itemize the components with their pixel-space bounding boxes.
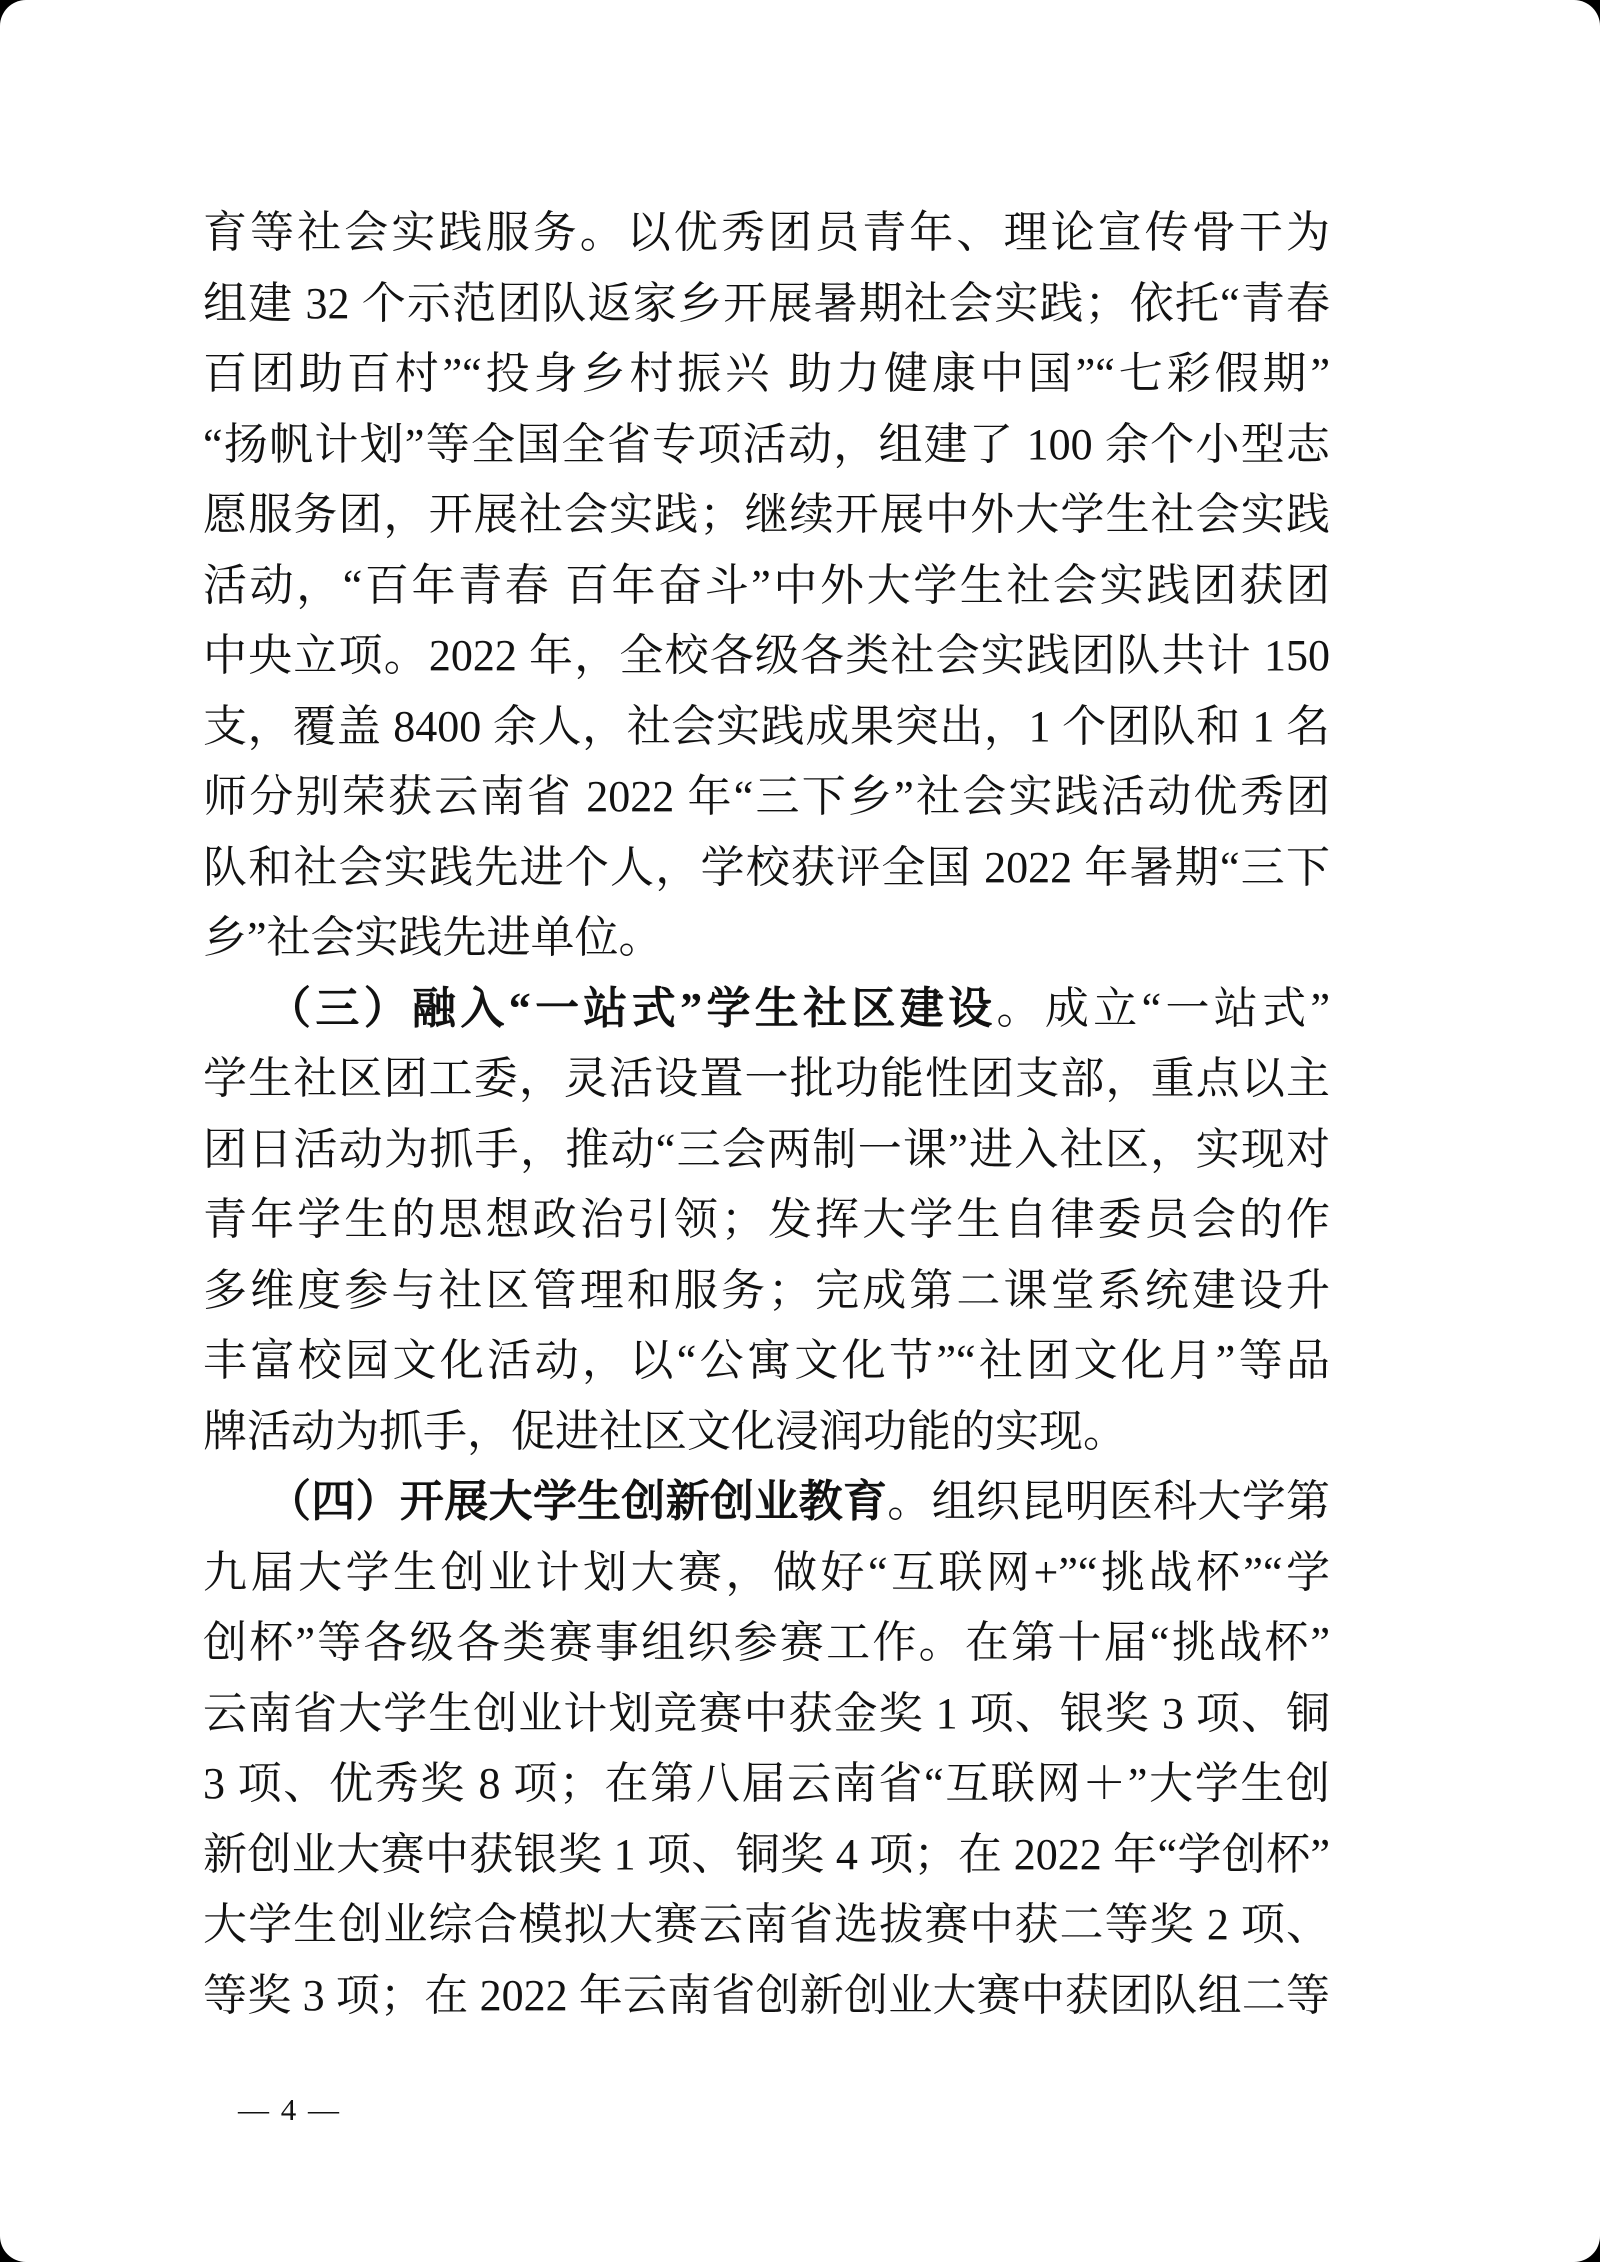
text-line: 创杯”等各级各类赛事组织参赛工作。在第十届“挑战杯” [203, 1608, 1330, 1679]
text-line: 愿服务团，开展社会实践；继续开展中外大学生社会实践周 [203, 480, 1330, 551]
page-number: — 4 — [238, 2092, 341, 2128]
section-heading-run: （四）开展大学生创新创业教育 [267, 1477, 887, 1526]
text-run: 云南省大学生创业计划竞赛中获金奖 1 项、银奖 3 项、铜奖 [203, 1689, 1330, 1750]
text-run: 中央立项。2022 年，全校各级各类社会实践团队共计 150 余 [203, 631, 1330, 692]
text-run: “扬帆计划”等全国全省专项活动，组建了 100 余个小型志 [203, 420, 1330, 469]
text-line: 活动，“百年青春 百年奋斗”中外大学生社会实践团获团 [203, 551, 1330, 622]
text-line: 丰富校园文化活动，以“公寓文化节”“社团文化月”等品 [203, 1326, 1330, 1397]
document-content: 育等社会实践服务。以优秀团员青年、理论宣传骨干为主， 组建 32 个示范团队返家… [203, 198, 1330, 2031]
text-run: 学生社区团工委，灵活设置一批功能性团支部，重点以主题 [203, 1054, 1330, 1115]
document-page: 育等社会实践服务。以优秀团员青年、理论宣传骨干为主， 组建 32 个示范团队返家… [0, 0, 1600, 2262]
text-line: 青年学生的思想政治引领；发挥大学生自律委员会的作用， [203, 1185, 1330, 1256]
text-run: 。成立“一站式” [997, 984, 1330, 1033]
text-line: 牌活动为抓手，促进社区文化浸润功能的实现。 [203, 1397, 1330, 1468]
text-run: 乡”社会实践先进单位。 [203, 913, 663, 962]
text-line: 支，覆盖 8400 余人，社会实践成果突出，1 个团队和 1 名教 [203, 692, 1330, 763]
text-run: 活动，“百年青春 百年奋斗”中外大学生社会实践团获团 [203, 561, 1330, 610]
text-line: 育等社会实践服务。以优秀团员青年、理论宣传骨干为主， [203, 198, 1330, 269]
text-run: 育等社会实践服务。以优秀团员青年、理论宣传骨干为主， [203, 208, 1330, 269]
text-run: 丰富校园文化活动，以“公寓文化节”“社团文化月”等品 [203, 1336, 1330, 1385]
text-line: （三）融入“一站式”学生社区建设。成立“一站式” [203, 974, 1330, 1045]
text-line: 乡”社会实践先进单位。 [203, 903, 1330, 974]
text-line: “扬帆计划”等全国全省专项活动，组建了 100 余个小型志 [203, 410, 1330, 481]
text-run: 愿服务团，开展社会实践；继续开展中外大学生社会实践周 [203, 490, 1330, 551]
text-run: 师分别荣获云南省 2022 年“三下乡”社会实践活动优秀团 [203, 772, 1330, 821]
text-line: 学生社区团工委，灵活设置一批功能性团支部，重点以主题 [203, 1044, 1330, 1115]
text-run: 等奖 3 项；在 2022 年云南省创新创业大赛中获团队组二等 [203, 1971, 1330, 2020]
text-run: 支，覆盖 8400 余人，社会实践成果突出，1 个团队和 1 名教 [203, 702, 1330, 763]
text-line: 队和社会实践先进个人，学校获评全国 2022 年暑期“三下 [203, 833, 1330, 904]
text-line: 多维度参与社区管理和服务；完成第二课堂系统建设升级， [203, 1256, 1330, 1327]
text-line: 师分别荣获云南省 2022 年“三下乡”社会实践活动优秀团 [203, 762, 1330, 833]
text-line: 云南省大学生创业计划竞赛中获金奖 1 项、银奖 3 项、铜奖 [203, 1679, 1330, 1750]
text-line: 九届大学生创业计划大赛，做好“互联网+”“挑战杯”“学 [203, 1538, 1330, 1609]
text-line: （四）开展大学生创新创业教育。组织昆明医科大学第 [203, 1467, 1330, 1538]
text-run: 新创业大赛中获银奖 1 项、铜奖 4 项；在 2022 年“学创杯” [203, 1830, 1330, 1879]
text-run: 。组织昆明医科大学第 [887, 1477, 1330, 1526]
paragraph-section-3: （三）融入“一站式”学生社区建设。成立“一站式” 学生社区团工委，灵活设置一批功… [203, 974, 1330, 1468]
text-line: 3 项、优秀奖 8 项；在第八届云南省“互联网＋”大学生创 [203, 1749, 1330, 1820]
text-run: 牌活动为抓手，促进社区文化浸润功能的实现。 [203, 1407, 1127, 1456]
text-line: 等奖 3 项；在 2022 年云南省创新创业大赛中获团队组二等 [203, 1961, 1330, 2032]
text-run: 组建 32 个示范团队返家乡开展暑期社会实践；依托“青春 [203, 279, 1330, 328]
text-line: 中央立项。2022 年，全校各级各类社会实践团队共计 150 余 [203, 621, 1330, 692]
text-run: 百团助百村”“投身乡村振兴 助力健康中国”“七彩假期” [203, 349, 1330, 398]
text-run: 青年学生的思想政治引领；发挥大学生自律委员会的作用， [203, 1195, 1330, 1256]
text-line: 组建 32 个示范团队返家乡开展暑期社会实践；依托“青春 [203, 269, 1330, 340]
section-heading-run: （三）融入“一站式”学生社区建设 [267, 984, 997, 1033]
paragraph-section-4: （四）开展大学生创新创业教育。组织昆明医科大学第 九届大学生创业计划大赛，做好“… [203, 1467, 1330, 2031]
text-line: 新创业大赛中获银奖 1 项、铜奖 4 项；在 2022 年“学创杯” [203, 1820, 1330, 1891]
text-run: 九届大学生创业计划大赛，做好“互联网+”“挑战杯”“学 [203, 1548, 1330, 1597]
text-line: 团日活动为抓手，推动“三会两制一课”进入社区，实现对 [203, 1115, 1330, 1186]
text-run: 团日活动为抓手，推动“三会两制一课”进入社区，实现对 [203, 1125, 1330, 1174]
text-run: 大学生创业综合模拟大赛云南省选拔赛中获二等奖 2 项、三 [203, 1900, 1330, 1961]
text-run: 创杯”等各级各类赛事组织参赛工作。在第十届“挑战杯” [203, 1618, 1330, 1667]
text-run: 3 项、优秀奖 8 项；在第八届云南省“互联网＋”大学生创 [203, 1759, 1330, 1808]
text-run: 队和社会实践先进个人，学校获评全国 2022 年暑期“三下 [203, 843, 1330, 892]
paragraph-continuation: 育等社会实践服务。以优秀团员青年、理论宣传骨干为主， 组建 32 个示范团队返家… [203, 198, 1330, 974]
text-run: 多维度参与社区管理和服务；完成第二课堂系统建设升级， [203, 1266, 1330, 1327]
text-line: 大学生创业综合模拟大赛云南省选拔赛中获二等奖 2 项、三 [203, 1890, 1330, 1961]
text-line: 百团助百村”“投身乡村振兴 助力健康中国”“七彩假期” [203, 339, 1330, 410]
